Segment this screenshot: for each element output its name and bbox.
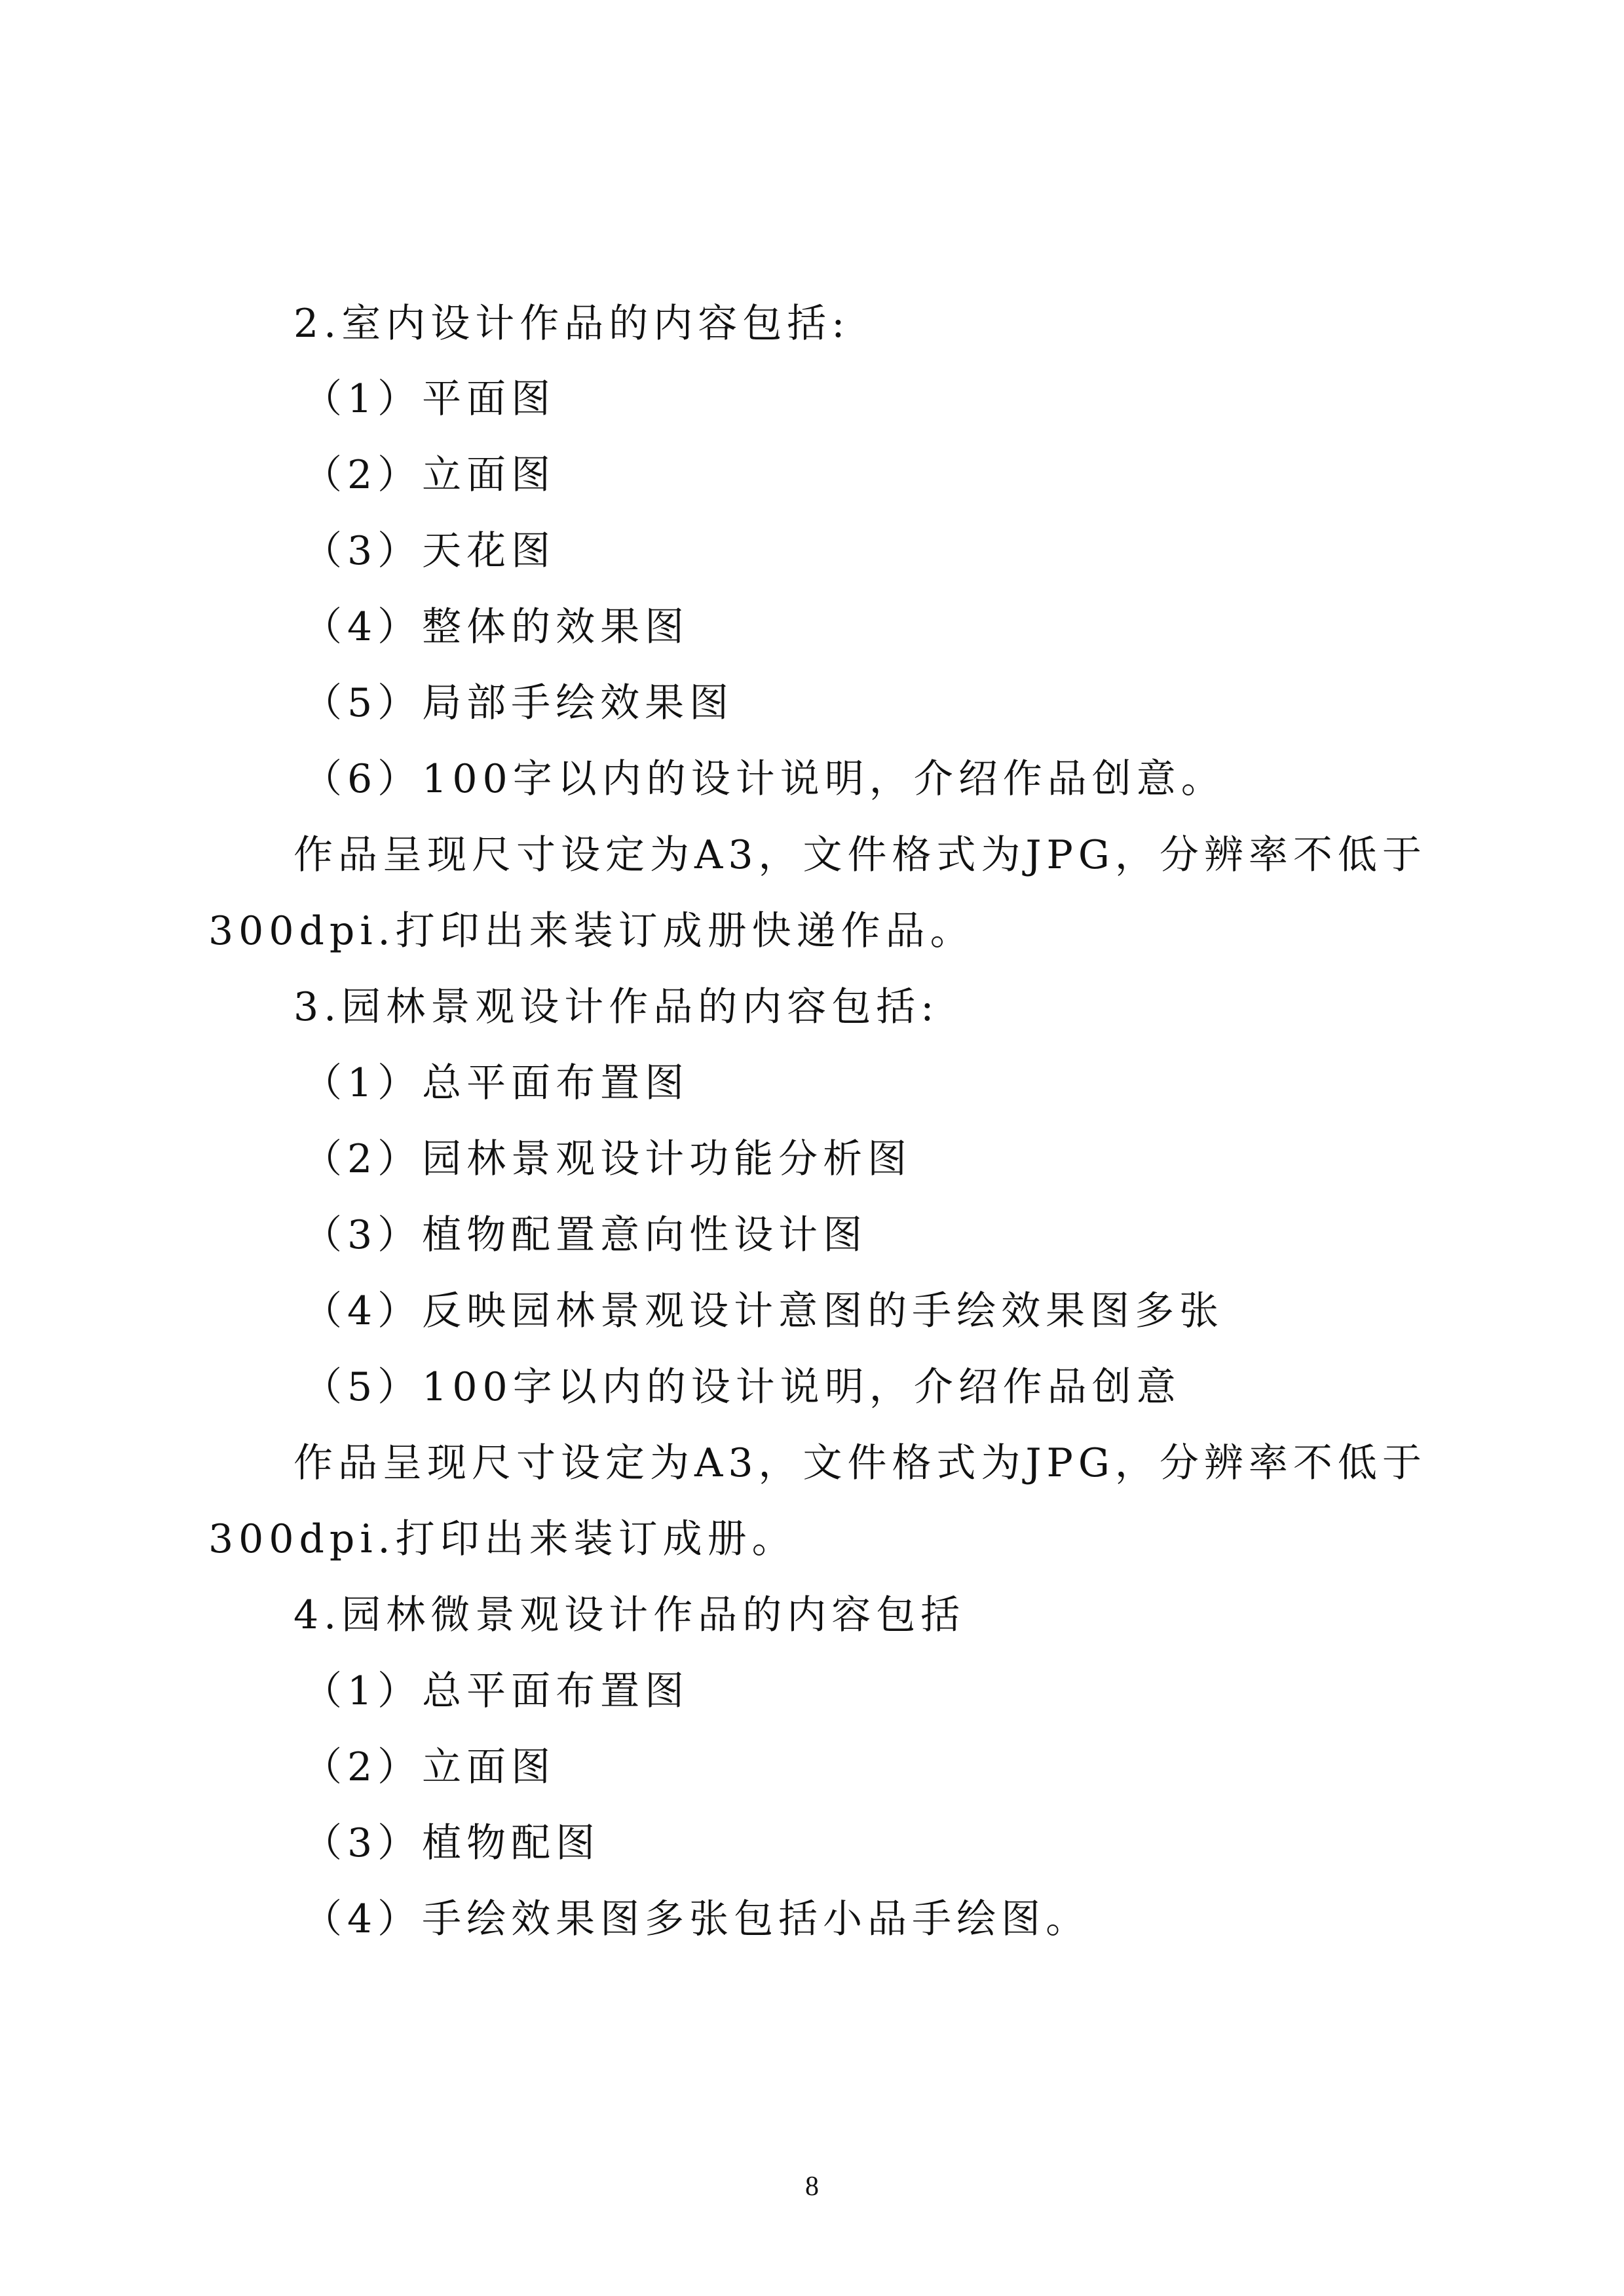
section-2-item-4: （4）整体的效果图 (303, 603, 689, 651)
section-4-item-2: （2）立面图 (303, 1744, 556, 1791)
section-3-heading: 3.园林景观设计作品的内容包括: (293, 984, 939, 1031)
section-3-item-1: （1）总平面布置图 (303, 1060, 689, 1107)
section-4-heading: 4.园林微景观设计作品的内容包括 (293, 1592, 965, 1639)
section-2-note-line-2: 300dpi.打印出来装订成册快递作品。 (208, 908, 975, 955)
section-2-item-3: （3）天花图 (303, 527, 556, 575)
section-3-item-4: （4）反映园林景观设计意图的手绘效果图多张 (303, 1288, 1224, 1335)
section-4-item-1: （1）总平面布置图 (303, 1668, 689, 1715)
document-page: 2.室内设计作品的内容包括: （1）平面图 （2）立面图 （3）天花图 （4）整… (0, 0, 1624, 2296)
section-4-item-4: （4）手绘效果图多张包括小品手绘图。 (303, 1896, 1090, 1943)
section-3-item-5: （5）100字以内的设计说明，介绍作品创意 (303, 1364, 1181, 1411)
section-3-note-line-2: 300dpi.打印出来装订成册。 (208, 1516, 797, 1563)
section-3-item-3: （3）植物配置意向性设计图 (303, 1212, 867, 1259)
page-number: 8 (0, 2170, 1624, 2203)
section-2-item-2: （2）立面图 (303, 451, 556, 499)
section-2-note-line-1: 作品呈现尺寸设定为A3，文件格式为JPG，分辨率不低于 (293, 832, 1427, 879)
section-3-item-2: （2）园林景观设计功能分析图 (303, 1136, 912, 1183)
section-2-item-5: （5）局部手绘效果图 (303, 679, 734, 727)
section-2-item-1: （1）平面图 (303, 375, 556, 423)
section-2-heading: 2.室内设计作品的内容包括: (293, 300, 850, 347)
section-2-item-6: （6）100字以内的设计说明，介绍作品创意。 (303, 756, 1226, 803)
section-4-item-3: （3）植物配图 (303, 1820, 600, 1867)
section-3-note-line-1: 作品呈现尺寸设定为A3，文件格式为JPG，分辨率不低于 (293, 1440, 1427, 1487)
